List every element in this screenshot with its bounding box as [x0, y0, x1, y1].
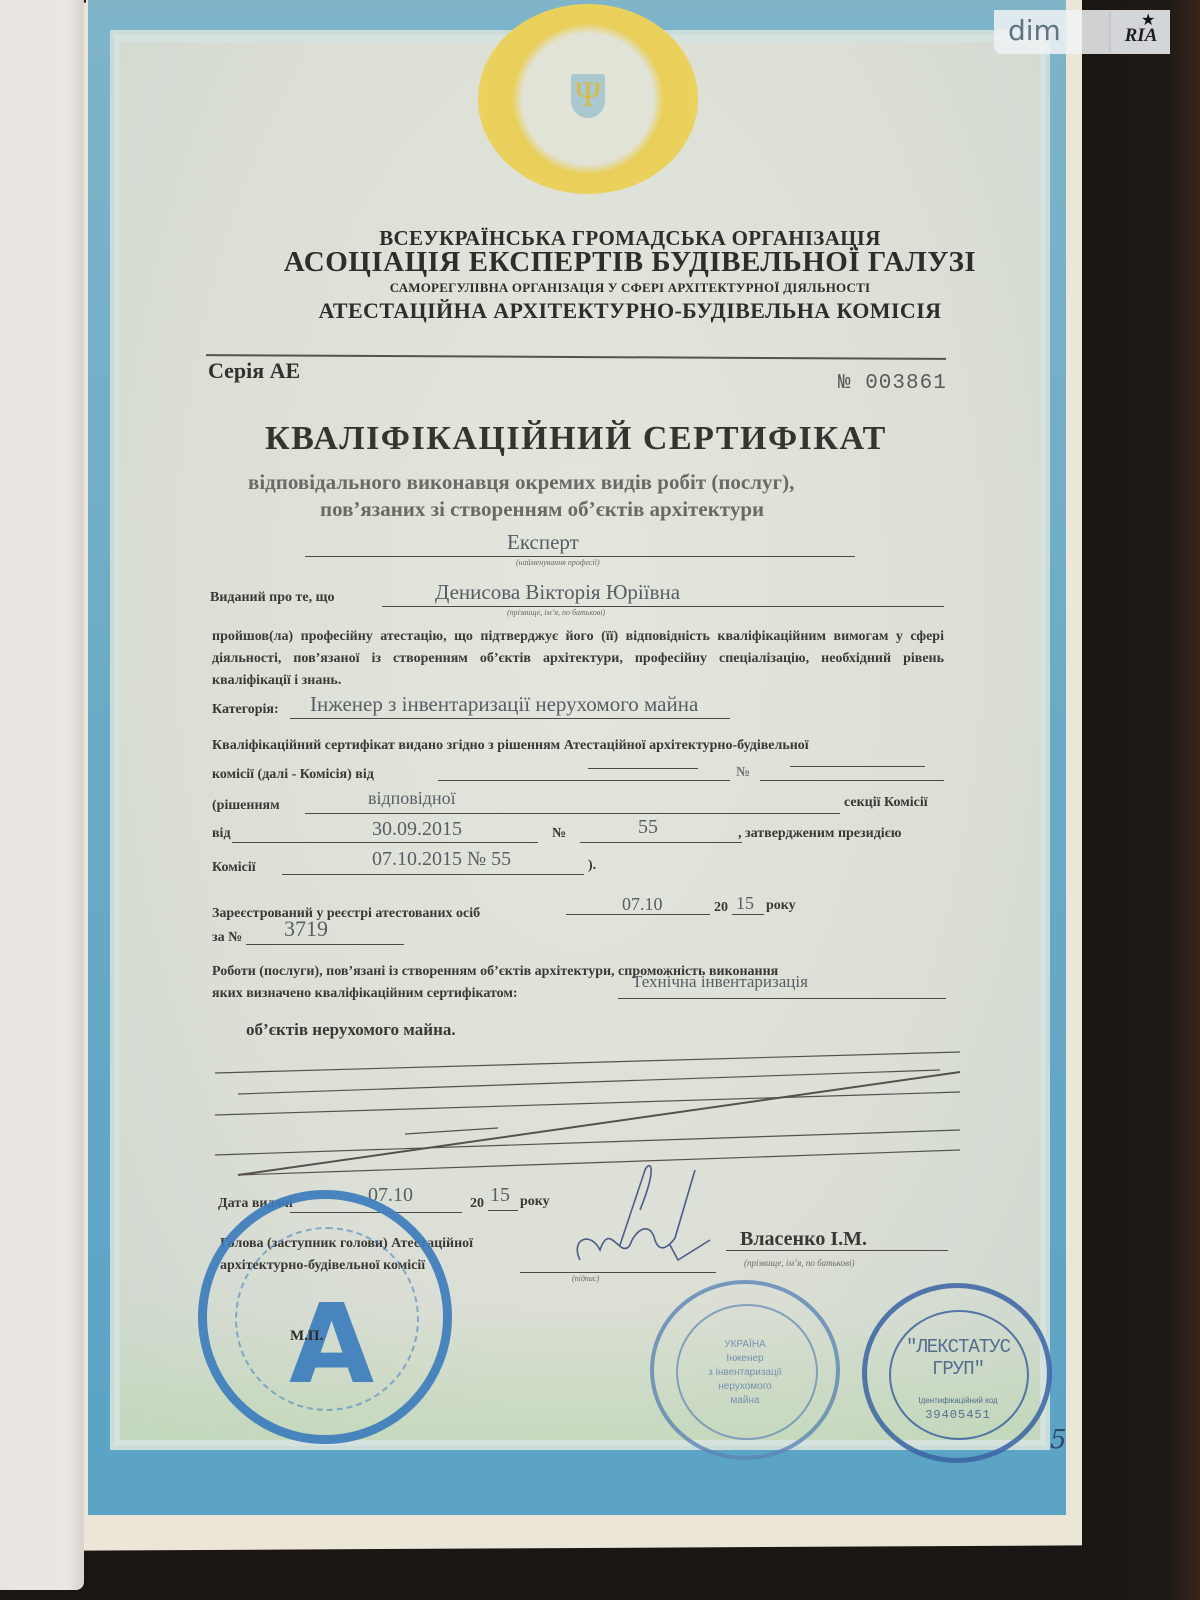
stamp-line: Інженер: [700, 1352, 790, 1366]
company-name-line-1: "ЛЕКСТАТУС: [893, 1336, 1023, 1358]
stamp-line: нерухомого: [700, 1380, 790, 1394]
page-number: 5: [1050, 1425, 1067, 1455]
blank-line-b: [790, 766, 925, 767]
profession-caption: (найменування професії): [516, 558, 600, 567]
company-code-label: Ідентифікаційний код: [893, 1396, 1023, 1405]
commission-label: Комісії: [212, 860, 256, 876]
coat-of-arms-emblem: Ψ: [478, 4, 698, 194]
issue-year-suffix: року: [520, 1194, 550, 1210]
presidium-line: [282, 874, 584, 875]
category-value: Інженер з інвентаризації нерухомого майн…: [310, 692, 698, 717]
stamp-line: майна: [700, 1394, 790, 1408]
section-line: [305, 813, 840, 814]
decision-no-line-2: [580, 842, 742, 843]
registry-no: 3719: [284, 916, 328, 942]
holder-name: Денисова Вікторія Юріївна: [435, 580, 680, 605]
org-name: АСОЦІАЦІЯ ЕКСПЕРТІВ БУДІВЕЛЬНОЇ ГАЛУЗІ: [30, 246, 1200, 279]
registry-date: 07.10: [622, 894, 663, 915]
registry-no-label: за №: [212, 930, 242, 946]
decision-text-1: Кваліфікаційний сертифікат видано згідно…: [212, 738, 809, 754]
issue-year-line: [488, 1210, 518, 1211]
org-subtitle: САМОРЕГУЛІВНА ОРГАНІЗАЦІЯ У СФЕРІ АРХІТЕ…: [30, 280, 1200, 296]
attestation-text: пройшов(ла) професійну атестацію, що під…: [212, 626, 944, 692]
issue-year: 15: [490, 1184, 510, 1207]
issue-year-prefix: 20: [470, 1196, 484, 1212]
holder-line: [382, 606, 944, 607]
registry-year-prefix: 20: [714, 900, 728, 916]
from-label: від: [212, 826, 231, 842]
decision-no-line: [760, 780, 944, 781]
works-value-1: Технічна інвентаризація: [632, 972, 808, 992]
decision-no-label-2: №: [552, 826, 566, 842]
section-value: відповідної: [368, 788, 456, 809]
dimria-watermark: dim RIA ★: [994, 10, 1170, 54]
commission-name: АТЕСТАЦІЙНА АРХІТЕКТУРНО-БУДІВЕЛЬНА КОМІ…: [30, 298, 1200, 324]
section-prefix: (рішенням: [212, 798, 280, 814]
watermark-dim: dim: [1008, 14, 1061, 47]
company-name: "ЛЕКСТАТУС ГРУП": [893, 1336, 1023, 1380]
blank-line-a: [588, 768, 698, 769]
decision-date-line-2: [232, 842, 538, 843]
signer-name: Власенко І.М.: [740, 1228, 867, 1251]
works-line-1: [618, 998, 946, 999]
registry-no-line: [246, 944, 404, 945]
series-label: Серія АЕ: [208, 358, 300, 384]
category-line: [290, 718, 730, 719]
signature: [560, 1150, 720, 1290]
personal-stamp-text: УКРАЇНА Інженер з інвентаризації нерухом…: [700, 1338, 790, 1408]
profession-value: Експерт: [507, 530, 579, 555]
section-suffix: секції Комісії: [844, 795, 928, 811]
seal-label: М.П.: [290, 1328, 323, 1345]
category-label: Категорія:: [212, 702, 279, 718]
company-stamp: "ЛЕКСТАТУС ГРУП" Ідентифікаційний код 39…: [862, 1283, 1052, 1463]
signer-caption: (прізвище, ім’я, по батькові): [744, 1258, 855, 1268]
registry-label: Зареєстрований у реєстрі атестованих осі…: [212, 906, 480, 922]
approved-text: , затвердженим президією: [738, 826, 901, 842]
decision-no-label: №: [736, 765, 750, 781]
watermark-separator: [1109, 12, 1110, 52]
certificate-subtitle-1: відповідального виконавця окремих видів …: [248, 470, 794, 495]
decision-date-line: [438, 780, 730, 781]
decision-date: 30.09.2015: [372, 818, 462, 841]
company-code: 39405451: [893, 1408, 1023, 1422]
certificate-number: № 003861: [838, 372, 947, 395]
holder-caption: (прізвище, ім’я, по батькові): [507, 608, 605, 617]
decision-text-2: комісії (далі - Комісія) від: [212, 767, 374, 783]
company-name-line-2: ГРУП": [893, 1358, 1023, 1380]
registry-year: 15: [736, 893, 754, 914]
profession-line: [305, 556, 855, 557]
star-icon: ★: [1141, 10, 1155, 30]
stamp-line: з інвентаризації: [700, 1366, 790, 1380]
close-paren: ).: [588, 858, 596, 874]
stamp-line: УКРАЇНА: [700, 1338, 790, 1352]
registry-year-line: [732, 914, 764, 915]
works-text-2: яких визначено кваліфікаційним сертифіка…: [212, 986, 518, 1002]
certificate-subtitle-2: пов’язаних зі створенням об’єктів архіте…: [320, 497, 764, 522]
presidium-value: 07.10.2015 № 55: [372, 848, 511, 871]
certificate-title: КВАЛІФІКАЦІЙНИЙ СЕРТИФІКАТ: [265, 420, 887, 458]
commission-stamp: A: [198, 1190, 452, 1444]
trident-icon: Ψ: [571, 72, 605, 116]
issued-label: Виданий про те, що: [210, 590, 334, 606]
decision-no: 55: [638, 816, 658, 839]
registry-year-suffix: року: [766, 898, 796, 914]
personal-stamp: УКРАЇНА Інженер з інвентаризації нерухом…: [650, 1280, 840, 1460]
